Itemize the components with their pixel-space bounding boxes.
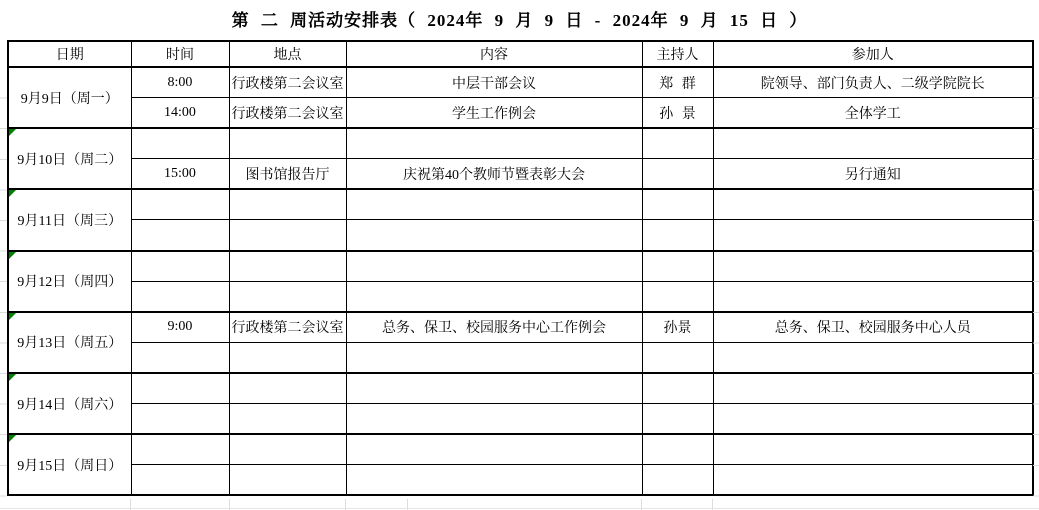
time-cell[interactable] (131, 220, 229, 251)
date-cell[interactable]: 9月9日（周一） (8, 67, 131, 128)
schedule-table: 日期 时间 地点 内容 主持人 参加人 9月9日（周一） 8:00 行政楼第二会… (7, 40, 1034, 496)
date-cell[interactable]: 9月15日（周日） (8, 434, 131, 495)
time-cell[interactable] (131, 404, 229, 435)
header-cell-content[interactable]: 内容 (346, 41, 642, 67)
participants-cell[interactable]: 总务、保卫、校园服务中心人员 (713, 312, 1033, 343)
content-cell[interactable]: 中层干部会议 (346, 67, 642, 98)
table-row: 9月13日（周五） 9:00 行政楼第二会议室 总务、保卫、校园服务中心工作例会… (8, 312, 1033, 343)
content-cell[interactable] (346, 128, 642, 159)
location-cell[interactable] (229, 189, 346, 220)
participants-cell[interactable] (713, 404, 1033, 435)
location-cell[interactable] (229, 220, 346, 251)
participants-cell[interactable]: 全体学工 (713, 98, 1033, 129)
host-cell[interactable] (642, 373, 713, 404)
location-cell[interactable]: 行政楼第二会议室 (229, 67, 346, 98)
content-cell[interactable]: 总务、保卫、校园服务中心工作例会 (346, 312, 642, 343)
time-cell[interactable] (131, 465, 229, 496)
table-row (8, 281, 1033, 312)
content-cell[interactable] (346, 434, 642, 465)
content-cell[interactable]: 学生工作例会 (346, 98, 642, 129)
error-indicator-icon (9, 313, 16, 320)
table-row: 14:00 行政楼第二会议室 学生工作例会 孙 景 全体学工 (8, 98, 1033, 129)
table-row: 9月12日（周四） (8, 251, 1033, 282)
gridline-left-margin (0, 68, 7, 498)
participants-cell[interactable]: 另行通知 (713, 159, 1033, 190)
content-cell[interactable] (346, 404, 642, 435)
header-cell-time[interactable]: 时间 (131, 41, 229, 67)
gridline-bottom (0, 508, 1039, 509)
time-cell[interactable] (131, 373, 229, 404)
host-cell[interactable]: 郑 群 (642, 67, 713, 98)
date-cell[interactable]: 9月13日（周五） (8, 312, 131, 373)
table-row: 9月11日（周三） (8, 189, 1033, 220)
location-cell[interactable] (229, 342, 346, 373)
host-cell[interactable] (642, 434, 713, 465)
date-label: 9月10日（周二） (17, 153, 122, 168)
time-cell[interactable]: 15:00 (131, 159, 229, 190)
host-cell[interactable] (642, 251, 713, 282)
participants-cell[interactable] (713, 220, 1033, 251)
table-row: 9月14日（周六） (8, 373, 1033, 404)
location-cell[interactable]: 行政楼第二会议室 (229, 98, 346, 129)
participants-cell[interactable] (713, 281, 1033, 312)
location-cell[interactable] (229, 281, 346, 312)
location-cell[interactable] (229, 128, 346, 159)
error-indicator-icon (9, 190, 16, 197)
host-cell[interactable] (642, 220, 713, 251)
header-row: 日期 时间 地点 内容 主持人 参加人 (8, 41, 1033, 67)
time-cell[interactable] (131, 128, 229, 159)
content-cell[interactable] (346, 251, 642, 282)
participants-cell[interactable] (713, 465, 1033, 496)
date-cell[interactable]: 9月12日（周四） (8, 251, 131, 312)
host-cell[interactable] (642, 189, 713, 220)
host-cell[interactable] (642, 128, 713, 159)
gridline-right-margin (1033, 68, 1039, 498)
host-cell[interactable] (642, 404, 713, 435)
time-cell[interactable] (131, 281, 229, 312)
location-cell[interactable] (229, 434, 346, 465)
participants-cell[interactable] (713, 373, 1033, 404)
date-label: 9月11日（周三） (18, 214, 122, 229)
location-cell[interactable] (229, 465, 346, 496)
host-cell[interactable] (642, 159, 713, 190)
time-cell[interactable] (131, 251, 229, 282)
content-cell[interactable] (346, 342, 642, 373)
table-row: 9月10日（周二） (8, 128, 1033, 159)
table-row (8, 342, 1033, 373)
date-label: 9月12日（周四） (17, 275, 122, 290)
spreadsheet-page: 第 二 周活动安排表（ 2024年 9 月 9 日 - 2024年 9 月 15… (0, 0, 1039, 510)
participants-cell[interactable]: 院领导、部门负责人、二级学院院长 (713, 67, 1033, 98)
time-cell[interactable] (131, 434, 229, 465)
date-cell[interactable]: 9月10日（周二） (8, 128, 131, 189)
error-indicator-icon (9, 252, 16, 259)
date-label: 9月13日（周五） (17, 336, 122, 351)
location-cell[interactable] (229, 251, 346, 282)
table-row: 9月15日（周日） (8, 434, 1033, 465)
location-cell[interactable]: 图书馆报告厅 (229, 159, 346, 190)
host-cell[interactable] (642, 465, 713, 496)
table-row (8, 220, 1033, 251)
date-cell[interactable]: 9月11日（周三） (8, 189, 131, 250)
time-cell[interactable]: 14:00 (131, 98, 229, 129)
error-indicator-icon (9, 435, 16, 442)
content-cell[interactable] (346, 220, 642, 251)
page-title: 第 二 周活动安排表（ 2024年 9 月 9 日 - 2024年 9 月 15… (0, 0, 1039, 40)
time-cell[interactable]: 8:00 (131, 67, 229, 98)
table-row: 15:00 图书馆报告厅 庆祝第40个教师节暨表彰大会 另行通知 (8, 159, 1033, 190)
location-cell[interactable] (229, 373, 346, 404)
participants-cell[interactable] (713, 251, 1033, 282)
content-cell[interactable] (346, 373, 642, 404)
error-indicator-icon (9, 129, 16, 136)
content-cell[interactable] (346, 465, 642, 496)
date-label: 9月14日（周六） (17, 398, 122, 413)
participants-cell[interactable] (713, 434, 1033, 465)
location-cell[interactable]: 行政楼第二会议室 (229, 312, 346, 343)
table-row (8, 404, 1033, 435)
date-label: 9月9日（周一） (21, 92, 119, 107)
content-cell[interactable] (346, 281, 642, 312)
content-cell[interactable]: 庆祝第40个教师节暨表彰大会 (346, 159, 642, 190)
content-cell[interactable] (346, 189, 642, 220)
host-cell[interactable]: 孙景 (642, 312, 713, 343)
location-cell[interactable] (229, 404, 346, 435)
date-label: 9月15日（周日） (17, 459, 122, 474)
header-cell-location[interactable]: 地点 (229, 41, 346, 67)
time-cell[interactable] (131, 189, 229, 220)
table-row: 9月9日（周一） 8:00 行政楼第二会议室 中层干部会议 郑 群 院领导、部门… (8, 67, 1033, 98)
date-cell[interactable]: 9月14日（周六） (8, 373, 131, 434)
header-cell-participants[interactable]: 参加人 (713, 41, 1033, 67)
participants-cell[interactable] (713, 128, 1033, 159)
header-cell-host[interactable]: 主持人 (642, 41, 713, 67)
error-indicator-icon (9, 374, 16, 381)
host-cell[interactable] (642, 342, 713, 373)
time-cell[interactable]: 9:00 (131, 312, 229, 343)
participants-cell[interactable] (713, 342, 1033, 373)
host-cell[interactable]: 孙 景 (642, 98, 713, 129)
table-row (8, 465, 1033, 496)
participants-cell[interactable] (713, 189, 1033, 220)
host-cell[interactable] (642, 281, 713, 312)
header-cell-date[interactable]: 日期 (8, 41, 131, 67)
time-cell[interactable] (131, 342, 229, 373)
